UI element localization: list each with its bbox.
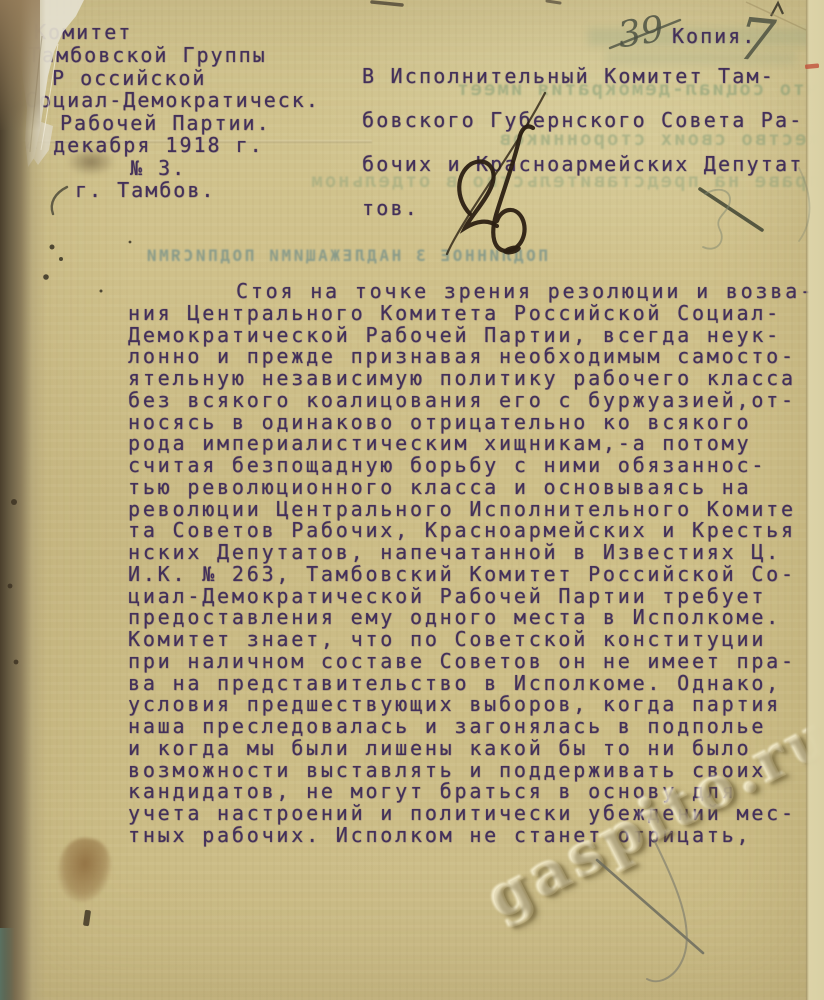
letterhead-line: Р оссийской	[52, 66, 206, 90]
letterhead-line: Комитет	[34, 20, 132, 44]
letterhead-city: г. Тамбов.	[75, 178, 215, 202]
letterhead-date: 4 декабря 1918 г.	[25, 133, 264, 157]
pencil-mark-annotation	[700, 168, 810, 249]
addressee-line: В Исполнительный Комитет Там-	[362, 64, 775, 88]
edge-mark	[547, 1, 560, 3]
letterhead-line: Тамбовской Группы	[28, 43, 267, 67]
binding-edge-teal	[0, 928, 15, 1000]
addressee-line: бовского Губернского Совета Ра-	[362, 108, 803, 132]
brown-stain	[54, 835, 114, 906]
letterhead-line: Социал-Демократическ.	[25, 88, 320, 112]
corner-tick	[771, 3, 783, 16]
addressee-line: бочих и Красноармейских Депутат	[362, 152, 803, 176]
copy-label: Копия.	[672, 24, 756, 48]
addressee-line: тов.	[362, 196, 419, 220]
letterhead-line: Рабочей Партии.	[60, 111, 271, 135]
document-scan-page: что социал-демократия имеет жество своих…	[0, 0, 824, 1000]
ink-specks	[43, 241, 131, 293]
bleed-through-stamp-text: ПОДЛИННОЕ З НАДЛЕЖАЩИМИ ПОДПИСЯМИ	[70, 246, 548, 265]
edge-mark	[372, 2, 402, 5]
pencil-check	[52, 187, 67, 214]
red-margin-mark	[805, 63, 819, 69]
letterhead-number: № 3.	[130, 156, 186, 180]
